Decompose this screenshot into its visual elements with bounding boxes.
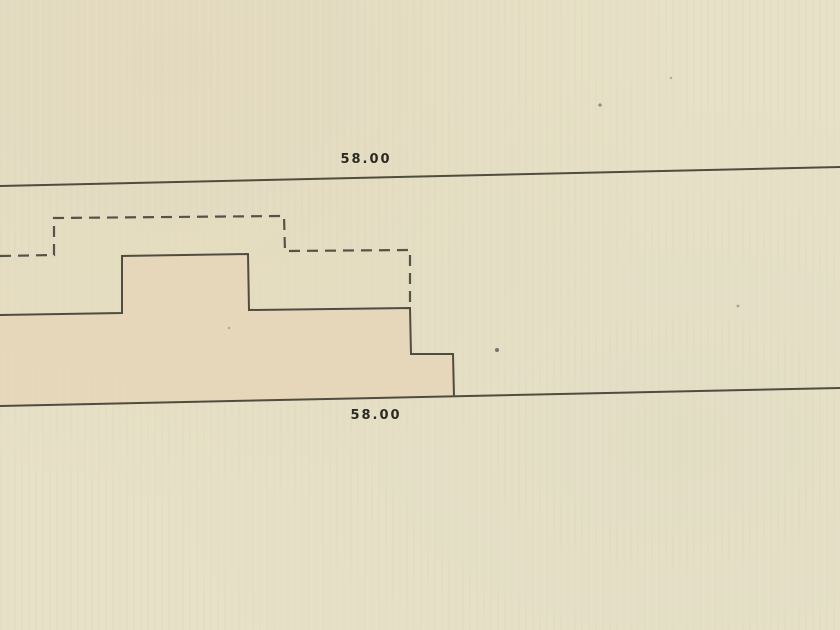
dimension-label-top: 58.00 [340, 152, 391, 167]
paper-speck [670, 77, 672, 79]
lot-plan-drawing [0, 0, 840, 630]
dimension-label-bottom: 58.00 [350, 408, 401, 423]
paper-speck [737, 305, 740, 308]
paper-speck [495, 348, 499, 352]
lot-line-top [0, 167, 840, 186]
paper-speck [598, 103, 601, 106]
paper-speck [228, 327, 230, 329]
plan-sheet: 58.00 58.00 [0, 0, 840, 630]
